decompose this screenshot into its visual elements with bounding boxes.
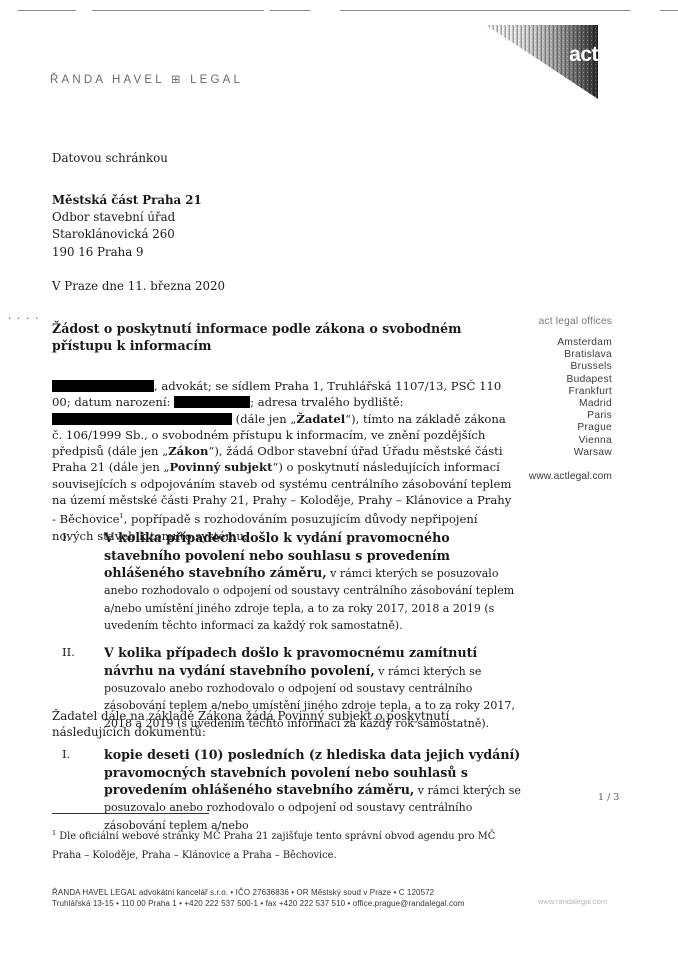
redacted-birthdate — [174, 396, 250, 408]
offices-header: act legal offices — [520, 316, 612, 327]
footer-line-2: Truhlářská 13-15 • 110 00 Praha 1 • +420… — [52, 899, 464, 910]
act-logo-text: act — [569, 43, 598, 67]
office-city: Vienna — [520, 435, 612, 447]
office-city: Frankfurt — [520, 386, 612, 398]
term-zakon: Zákon — [168, 444, 208, 458]
office-city: Budapest — [520, 374, 612, 386]
redacted-name — [52, 380, 154, 392]
office-city: Warsaw — [520, 447, 612, 459]
office-city: Brussels — [520, 361, 612, 373]
scan-line — [660, 10, 678, 11]
recipient-address: Městská část Praha 21 Odbor stavební úřa… — [52, 192, 202, 261]
question-item: I. V kolika případech došlo k vydání pra… — [52, 529, 522, 634]
office-city: Paris — [520, 410, 612, 422]
document-list: I. kopie deseti (10) posledních (z hledi… — [52, 746, 522, 834]
scan-line — [340, 10, 630, 11]
date-line: V Praze dne 11. března 2020 — [52, 278, 225, 294]
office-city: Prague — [520, 422, 612, 434]
recipient-street: Staroklánovická 260 — [52, 226, 202, 243]
letterhead-footer: ŘANDA HAVEL LEGAL advokátní kancelář s.r… — [52, 888, 464, 909]
page-number: 1 / 3 — [598, 792, 619, 803]
scan-line — [92, 10, 264, 11]
footnote-divider — [52, 813, 209, 814]
office-city: Madrid — [520, 398, 612, 410]
intro-paragraph: , advokát; se sídlem Praha 1, Truhlářská… — [52, 378, 517, 544]
margin-marker: · · · · — [8, 312, 39, 325]
redacted-address — [52, 413, 232, 425]
subject-heading: Žádost o poskytnutí informace podle záko… — [52, 320, 482, 354]
scan-line — [270, 10, 310, 11]
delivery-method: Datovou schránkou — [52, 150, 168, 166]
footer-line-1: ŘANDA HAVEL LEGAL advokátní kancelář s.r… — [52, 888, 464, 899]
document-item: I. kopie deseti (10) posledních (z hledi… — [52, 746, 522, 834]
footer-url: www.randalegal.com — [538, 897, 607, 906]
actlegal-url: www.actlegal.com — [520, 471, 612, 482]
recipient-city: 190 16 Praha 9 — [52, 244, 202, 261]
act-legal-offices: act legal offices Amsterdam Bratislava B… — [520, 316, 612, 482]
scan-line — [18, 10, 76, 11]
documents-intro: Žadatel dále na základě Zákona žádá Povi… — [52, 708, 512, 741]
act-legal-logo: act — [486, 23, 606, 99]
office-city: Amsterdam — [520, 337, 612, 349]
footnote: 1 Dle oficiální webové stránky MČ Praha … — [52, 824, 522, 865]
term-zadatel: Žadatel — [296, 412, 345, 426]
recipient-department: Odbor stavební úřad — [52, 209, 202, 226]
office-city: Bratislava — [520, 349, 612, 361]
question-list: I. V kolika případech došlo k vydání pra… — [52, 529, 522, 732]
term-povinny-subjekt: Povinný subjekt — [169, 460, 272, 474]
firm-logo: ŘANDA HAVEL ⊞ LEGAL — [50, 72, 243, 86]
recipient-name: Městská část Praha 21 — [52, 192, 202, 209]
